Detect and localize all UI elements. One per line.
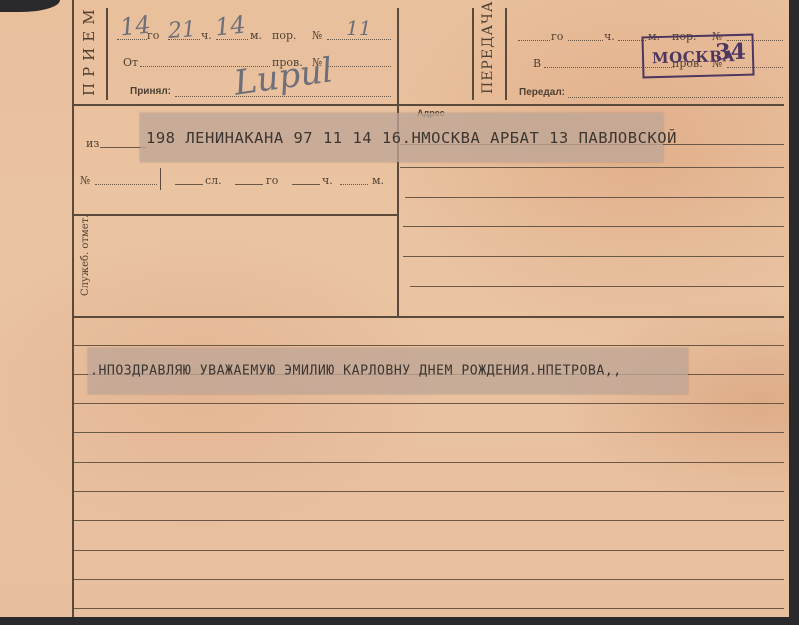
header-tape: 198 ЛЕНИНАКАНА 97 11 14 16.НМОСКВА АРБАТ…	[140, 113, 663, 162]
header-bottom-line	[72, 104, 784, 106]
message-line-8	[74, 550, 784, 551]
priem-label: ПРИЕМ	[80, 3, 98, 96]
handwritten-ch: 21	[167, 19, 196, 43]
address-bottom-line	[72, 316, 784, 318]
message-tape-text: .НПОЗДРАВЛЯЮ УВАЖАЕМУЮ ЭМИЛИЮ КАРЛОВНУ Д…	[90, 364, 622, 379]
message-line-9	[74, 579, 784, 580]
sl-label: сл.	[205, 175, 222, 186]
center-divider	[397, 8, 399, 316]
iz-label: из	[86, 138, 99, 149]
ot-label: От	[123, 57, 138, 68]
peredacha-divider-right	[505, 8, 507, 100]
origin-m-label: м.	[372, 175, 384, 186]
message-line-1	[74, 345, 784, 346]
peredacha-divider-left	[472, 8, 474, 100]
m-label: м.	[250, 30, 262, 41]
priem-divider	[106, 8, 108, 100]
ch-label: ч.	[201, 30, 212, 41]
service-notes-label: Служеб. отмет.	[80, 215, 91, 296]
stamp-number: 34	[715, 39, 746, 66]
header-tape-text: 198 ЛЕНИНАКАНА 97 11 14 16.НМОСКВА АРБАТ…	[146, 129, 677, 147]
address-line-3	[405, 197, 784, 198]
message-line-10	[74, 608, 784, 609]
transmitted-field	[568, 97, 783, 98]
message-line-5	[74, 462, 784, 463]
address-line-2	[400, 167, 784, 168]
origin-m-field	[340, 184, 368, 185]
address-line-4	[403, 226, 784, 227]
por-no-label: №	[312, 30, 322, 41]
tx-go-field	[518, 40, 550, 41]
message-line-6	[74, 491, 784, 492]
message-line-7	[74, 520, 784, 521]
tx-ch-field	[568, 40, 603, 41]
origin-bottom-line	[72, 214, 398, 216]
handwritten-signature: Lupul	[232, 53, 335, 100]
origin-go-label: го	[266, 175, 278, 186]
message-line-3	[74, 403, 784, 404]
origin-no-field	[95, 184, 157, 185]
tx-v-label: В	[533, 58, 541, 69]
address-line-6	[410, 286, 784, 287]
moscow-office-stamp: МОСКВА 34	[641, 34, 754, 79]
torn-corner	[0, 0, 60, 12]
address-line-5	[403, 256, 784, 257]
tx-ch-label: ч.	[604, 31, 615, 42]
message-line-4	[74, 432, 784, 433]
transmitted-label: Передал:	[519, 88, 565, 98]
handwritten-m: 14	[214, 12, 247, 39]
peredacha-label: ПЕРЕДАЧА	[480, 1, 496, 94]
origin-no-label: №	[80, 175, 90, 186]
left-margin-line	[72, 0, 74, 617]
prov-no-field	[327, 66, 391, 67]
tx-go-label: го	[551, 31, 563, 42]
accepted-label: Принял:	[130, 87, 171, 97]
handwritten-go: 14	[119, 12, 152, 39]
por-label: пор.	[272, 30, 297, 41]
no-divider	[160, 168, 161, 190]
handwritten-por-no: 11	[346, 18, 371, 38]
telegram-form: ПРИЕМ го ч. м. пор. № От пров. № Принял:…	[0, 0, 789, 617]
sl-field	[175, 184, 203, 185]
origin-ch-field	[292, 184, 320, 185]
origin-go-field	[235, 184, 263, 185]
message-tape: .НПОЗДРАВЛЯЮ УВАЖАЕМУЮ ЭМИЛИЮ КАРЛОВНУ Д…	[88, 348, 688, 394]
origin-ch-label: ч.	[322, 175, 333, 186]
